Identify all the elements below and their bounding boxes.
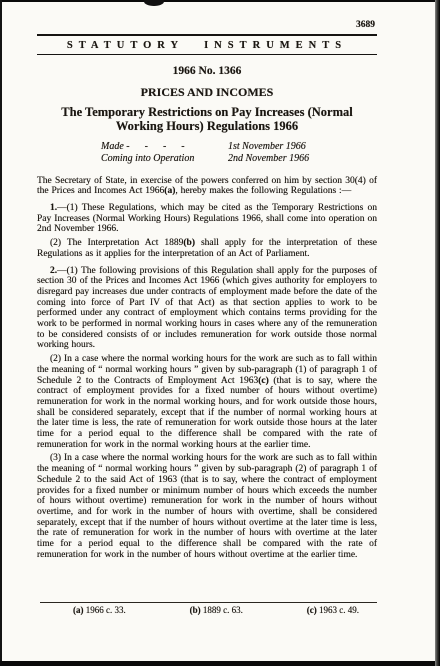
masthead-word-statutory: STATUTORY bbox=[67, 39, 184, 52]
operation-row: Coming into Operation 2nd November 1966 bbox=[101, 153, 377, 165]
footnote-block: (a) 1966 c. 33. (b) 1889 c. 63. (c) 1963… bbox=[37, 602, 377, 666]
footnote-a: (a) 1966 c. 33. bbox=[73, 605, 126, 616]
masthead-rule-bottom bbox=[37, 54, 377, 55]
regulation-2-2: (2) In a case where the normal working h… bbox=[37, 354, 377, 450]
text-column: 3689 STATUTORY INSTRUMENTS 1966 No. 1366… bbox=[37, 20, 377, 666]
footnote-b-text: 1889 c. 63. bbox=[201, 605, 243, 615]
footnote-c-ref: (c) bbox=[307, 605, 317, 615]
regulation-2-1: 2.—(1) The following provisions of this … bbox=[37, 266, 377, 352]
scan-edge-right bbox=[435, 0, 440, 666]
footnote-a-ref: (a) bbox=[73, 605, 84, 615]
masthead: STATUTORY INSTRUMENTS bbox=[37, 39, 377, 52]
document-page: 3689 STATUTORY INSTRUMENTS 1966 No. 1366… bbox=[0, 0, 440, 666]
footnote-ref-a-inline: (a) bbox=[164, 186, 175, 196]
made-row: Made - - - - 1st November 1966 bbox=[101, 141, 377, 153]
made-date: 1st November 1966 bbox=[228, 141, 306, 153]
made-leader-dashes: - - - - bbox=[124, 141, 185, 152]
footnote-ref-b-inline: (b) bbox=[183, 238, 195, 248]
intro-text-post: , hereby makes the following Regulations… bbox=[175, 186, 351, 196]
scan-artifact-blob bbox=[144, 0, 164, 6]
paragraph-text: —(1) The following provisions of this Re… bbox=[37, 266, 377, 351]
regulation-2-3: (3) In a case where the normal working h… bbox=[37, 453, 377, 560]
paragraph-text: (2) The Interpretation Act 1889 bbox=[50, 238, 183, 248]
scan-edge-left bbox=[0, 0, 2, 666]
masthead-word-instruments: INSTRUMENTS bbox=[204, 39, 347, 52]
regulation-1-1: 1.—(1) These Regulations, which may be c… bbox=[37, 203, 377, 235]
paragraph-text: —(1) These Regulations, which may be cit… bbox=[37, 203, 377, 234]
paragraph-text: (that is to say, where the contract of e… bbox=[37, 376, 377, 450]
operation-date: 2nd November 1966 bbox=[228, 153, 309, 165]
page-number: 3689 bbox=[37, 20, 377, 31]
document-title-line1: The Temporary Restrictions on Pay Increa… bbox=[37, 106, 377, 120]
made-label-text: Made bbox=[101, 141, 124, 152]
document-title-line2: Working Hours) Regulations 1966 bbox=[37, 120, 377, 134]
regulation-body: The Secretary of State, in exercise of t… bbox=[37, 165, 377, 561]
footnote-b-ref: (b) bbox=[190, 605, 201, 615]
paragraph-text: (3) In a case where the normal working h… bbox=[37, 453, 377, 559]
footnote-c-text: 1963 c. 49. bbox=[317, 605, 359, 615]
masthead-rule-top bbox=[37, 34, 377, 36]
footnote-b: (b) 1889 c. 63. bbox=[190, 605, 243, 616]
made-label: Made - - - - bbox=[101, 141, 228, 153]
footnote-ref-c-inline: (c) bbox=[258, 376, 269, 386]
footnote-row: (a) 1966 c. 33. (b) 1889 c. 63. (c) 1963… bbox=[37, 603, 377, 616]
instrument-number: 1966 No. 1366 bbox=[37, 65, 377, 77]
scan-edge-top bbox=[0, 0, 440, 2]
document-title: The Temporary Restrictions on Pay Increa… bbox=[37, 106, 377, 133]
footnote-c: (c) 1963 c. 49. bbox=[307, 605, 359, 616]
operation-label: Coming into Operation bbox=[101, 153, 228, 165]
dates-block: Made - - - - 1st November 1966 Coming in… bbox=[101, 141, 377, 165]
footnote-a-text: 1966 c. 33. bbox=[84, 605, 126, 615]
regulation-1-2: (2) The Interpretation Act 1889(b) shall… bbox=[37, 238, 377, 259]
category-heading: PRICES AND INCOMES bbox=[37, 86, 377, 99]
intro-paragraph: The Secretary of State, in exercise of t… bbox=[37, 176, 377, 197]
